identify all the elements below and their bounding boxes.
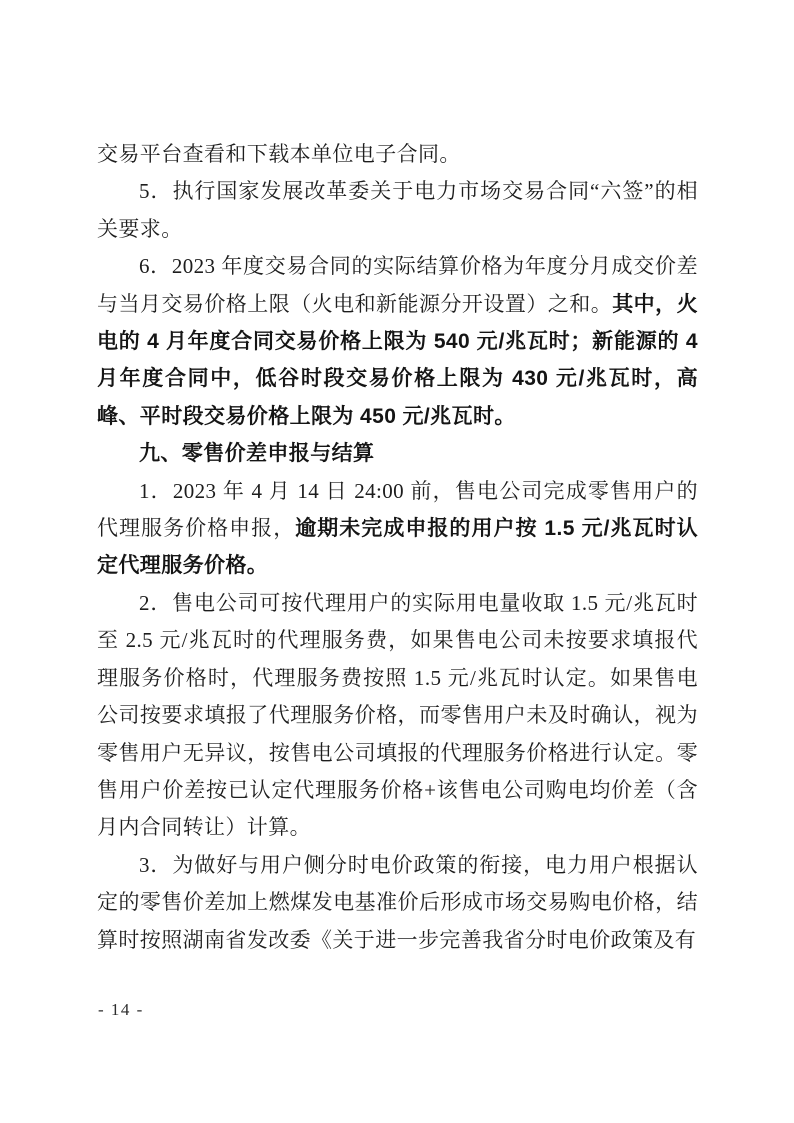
document-page: 交易平台查看和下载本单位电子合同。 5．执行国家发展改革委关于电力市场交易合同“… (0, 0, 794, 1123)
paragraph-text: 2．售电公司可按代理用户的实际用电量收取 1.5 元/兆瓦时至 2.5 元/兆瓦… (97, 591, 698, 839)
section-heading-text: 九、零售价差申报与结算 (139, 442, 374, 465)
document-body: 交易平台查看和下载本单位电子合同。 5．执行国家发展改革委关于电力市场交易合同“… (97, 136, 698, 959)
paragraph-item-5: 5．执行国家发展改革委关于电力市场交易合同“六签”的相关要求。 (97, 173, 698, 248)
paragraph-continuation: 交易平台查看和下载本单位电子合同。 (97, 136, 698, 173)
paragraph-text: 6．2023 年度交易合同的实际结算价格为年度分月成交价差与当月交易价格上限（火… (97, 254, 698, 315)
paragraph-item-3: 3．为做好与用户侧分时电价政策的衔接，电力用户根据认定的零售价差加上燃煤发电基准… (97, 847, 698, 959)
paragraph-text: 交易平台查看和下载本单位电子合同。 (97, 142, 461, 166)
page-number: - 14 - (98, 1000, 144, 1020)
paragraph-text: 3．为做好与用户侧分时电价政策的衔接，电力用户根据认定的零售价差加上燃煤发电基准… (97, 853, 698, 952)
section-heading-nine: 九、零售价差申报与结算 (97, 435, 698, 472)
paragraph-text: 5．执行国家发展改革委关于电力市场交易合同“六签”的相关要求。 (97, 179, 698, 240)
paragraph-item-1: 1．2023 年 4 月 14 日 24:00 前，售电公司完成零售用户的代理服… (97, 473, 698, 585)
paragraph-item-6: 6．2023 年度交易合同的实际结算价格为年度分月成交价差与当月交易价格上限（火… (97, 248, 698, 435)
paragraph-item-2: 2．售电公司可按代理用户的实际用电量收取 1.5 元/兆瓦时至 2.5 元/兆瓦… (97, 585, 698, 847)
